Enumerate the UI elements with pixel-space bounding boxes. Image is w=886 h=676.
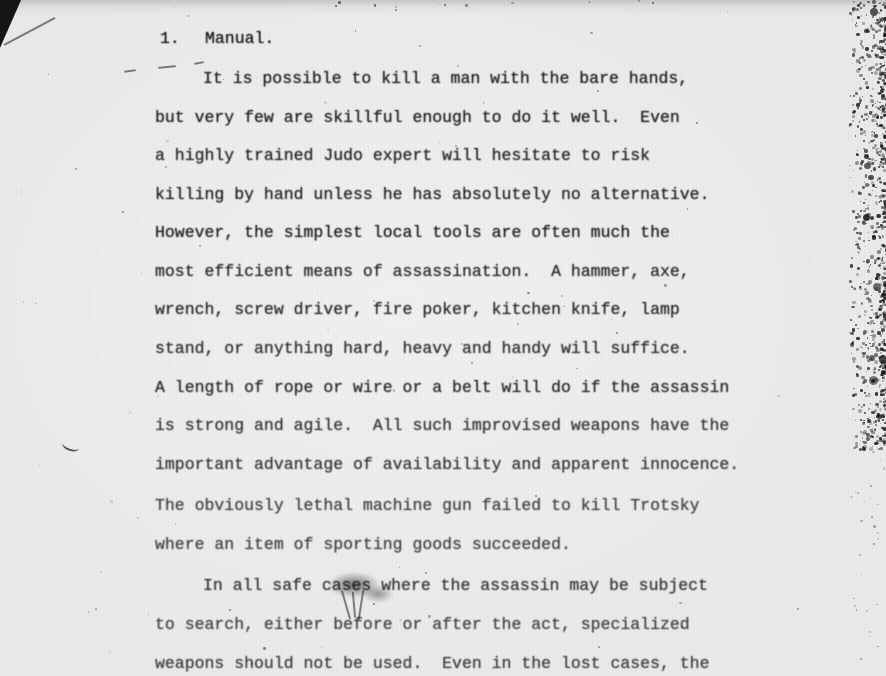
document-text-layer: 1. Manual. It is possible to kill a man … bbox=[0, 0, 886, 676]
document-line: A length of rope or wire or a belt will … bbox=[155, 379, 729, 397]
document-line: important advantage of availability and … bbox=[155, 456, 739, 474]
section-number: 1. bbox=[160, 30, 180, 48]
document-line: where an item of sporting goods succeede… bbox=[155, 536, 571, 554]
document-line: but very few are skillful enough to do i… bbox=[155, 109, 680, 127]
document-line: a highly trained Judo expert will hesita… bbox=[155, 147, 650, 165]
document-line: wrench, screw driver, fire poker, kitche… bbox=[155, 301, 680, 319]
document-line: The obviously lethal machine gun failed … bbox=[155, 497, 700, 515]
document-line: most efficient means of assassination. A… bbox=[155, 263, 690, 281]
document-line: In all safe cases where the assassin may… bbox=[203, 577, 708, 595]
document-line: weapons should not be used. Even in the … bbox=[155, 655, 710, 673]
ink-smudge bbox=[362, 585, 394, 603]
document-line: to search, either before or after the ac… bbox=[155, 616, 690, 634]
scanned-document-page: 1. Manual. It is possible to kill a man … bbox=[0, 0, 886, 676]
document-line: However, the simplest local tools are of… bbox=[155, 224, 670, 242]
document-line: killing by hand unless he has absolutely… bbox=[155, 186, 710, 204]
document-line: It is possible to kill a man with the ba… bbox=[203, 70, 688, 88]
section-title: Manual. bbox=[205, 30, 274, 48]
document-line: is strong and agile. All such improvised… bbox=[155, 417, 729, 435]
document-line: stand, or anything hard, heavy and handy… bbox=[155, 340, 690, 358]
